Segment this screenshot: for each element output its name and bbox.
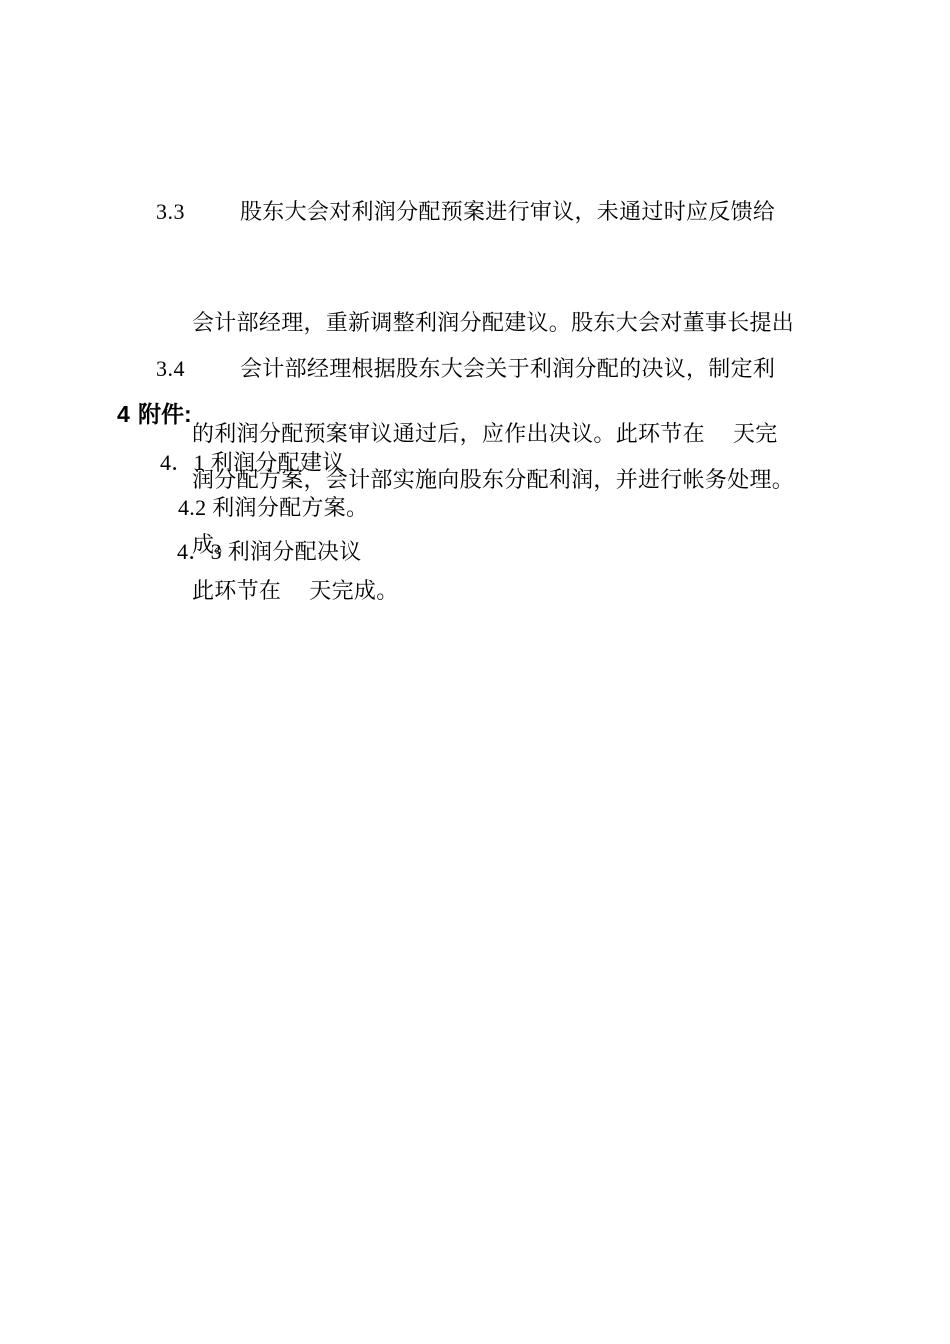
clause-3-3-number: 3.3 [156,193,240,230]
clause-3-4-line-1: 3.4会计部经理根据股东大会关于利润分配的决议，制定利 [156,350,856,387]
clause-3-4-line-3: 此环节在 天完成。 [192,572,856,609]
clause-3-4-text: 会计部经理根据股东大会关于利润分配的决议，制定利 [240,350,775,387]
document-page: 3.3股东大会对利润分配预案进行审议，未通过时应反馈给 会计部经理，重新调整利润… [0,0,950,1344]
clause-3-3-text: 股东大会对利润分配预案进行审议，未通过时应反馈给 [240,193,775,230]
attachment-item-4-3: 4．3 利润分配决议 [177,533,362,570]
clause-3-3-line-1: 3.3股东大会对利润分配预案进行审议，未通过时应反馈给 [156,193,856,230]
attachments-heading-number: 4 [117,399,138,429]
clause-3-4-number: 3.4 [156,350,240,387]
attachments-heading-label: 附件: [138,399,192,429]
attachment-item-4-1: 4．1 利润分配建议 [160,444,345,481]
attachments-heading: 4附件: [117,399,192,429]
attachment-item-4-2: 4.2 利润分配方案。 [178,489,368,526]
